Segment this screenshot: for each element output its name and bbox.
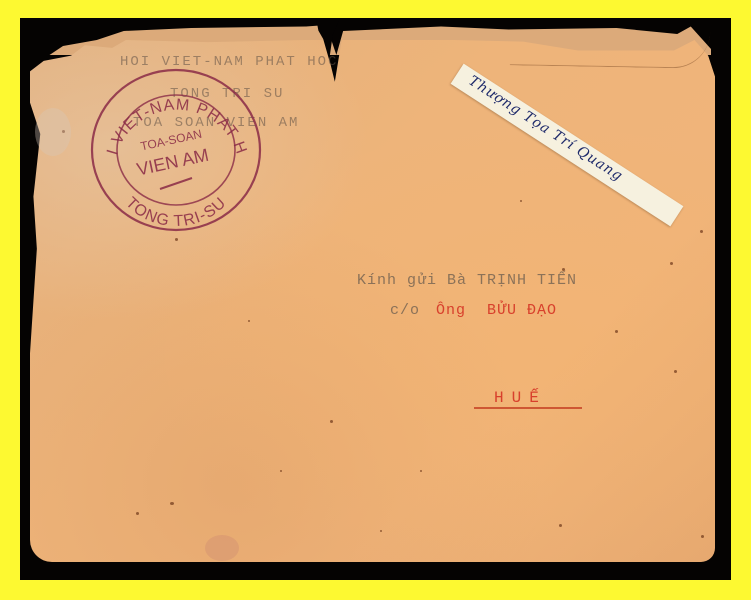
address-city: HUẾ xyxy=(494,389,547,407)
address-recipient-name: BỬU ĐẠO xyxy=(487,302,557,319)
city-underline xyxy=(474,407,582,409)
address-line-1: Kính gửi Bà TRỊNH TIẾN xyxy=(357,272,577,289)
organization-seal-stamp: HOI VIET-NAM PHAT HOC TONG TRI-SU TOA-SO… xyxy=(88,64,264,234)
stamp-outer-bottom-text: TONG TRI-SU xyxy=(122,194,230,230)
address-title: Ông xyxy=(436,302,466,319)
svg-text:TONG TRI-SU: TONG TRI-SU xyxy=(122,194,230,230)
address-care-of: c/o xyxy=(390,302,420,319)
envelope-flap-fold xyxy=(510,28,711,68)
